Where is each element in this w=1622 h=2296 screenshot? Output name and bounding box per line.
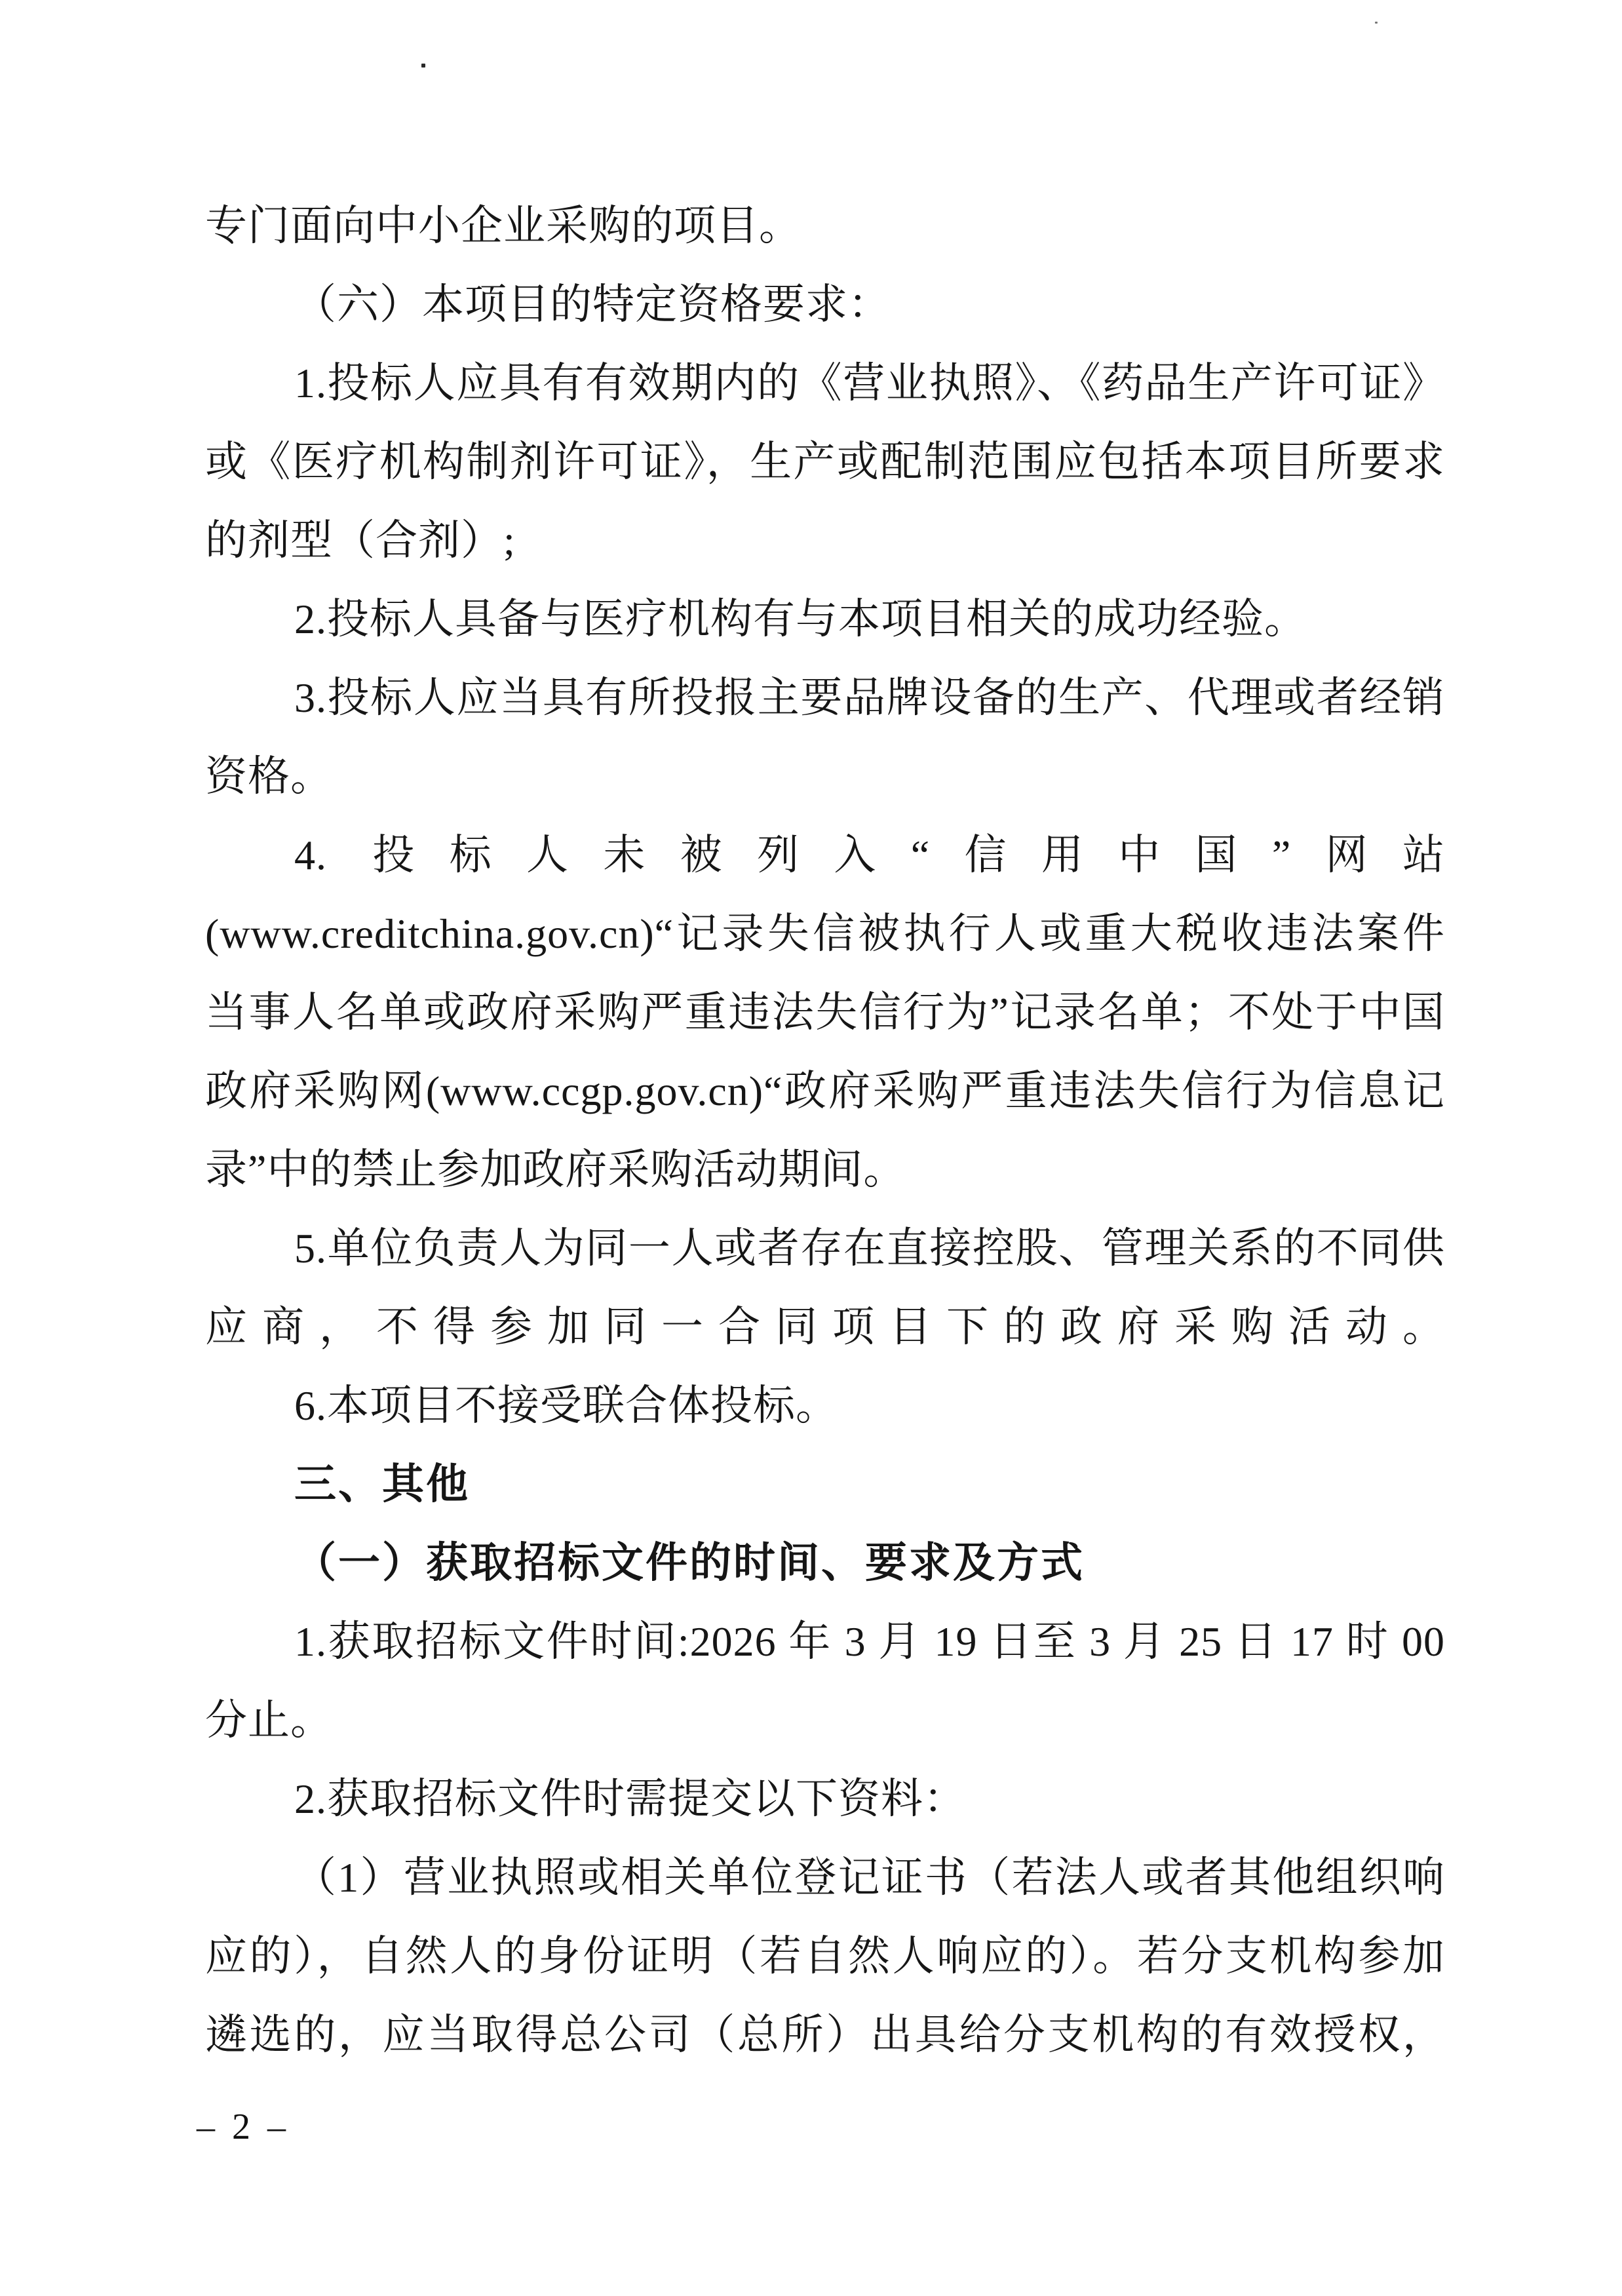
scan-speck (421, 64, 425, 68)
text-line-date: 1.获取招标文件时间:2026 年 3 月 19 日至 3 月 25 日 17 … (205, 1603, 1445, 1681)
text-line: 录”中的禁止参加政府采购活动期间。 (205, 1131, 1445, 1209)
text-line: 遴选的，应当取得总公司（总所）出具给分支机构的有效授权， (205, 1996, 1445, 2074)
scan-speck (1375, 22, 1378, 24)
page-number: – 2 – (197, 2101, 290, 2153)
text-line: 或《医疗机构制剂许可证》，生产或配制范围应包括本项目所要求 (205, 423, 1445, 501)
text-line-url: (www.creditchina.gov.cn)“记录失信被执行人或重大税收违法… (205, 895, 1445, 973)
text-line: 4. 投标人未被列入“信用中国”网站 (205, 816, 1445, 895)
subsection-heading: （一）获取招标文件的时间、要求及方式 (205, 1524, 1445, 1603)
text-line: 分止。 (205, 1681, 1445, 1760)
text-line: 2.获取招标文件时需提交以下资料： (205, 1760, 1445, 1839)
text-line: （1）营业执照或相关单位登记证书（若法人或者其他组织响 (205, 1839, 1445, 1917)
text-line: 应商，不得参加同一合同项目下的政府采购活动。 (205, 1288, 1445, 1367)
text-line: 的剂型（合剂）; (205, 501, 1445, 580)
text-line: 5.单位负责人为同一人或者存在直接控股、管理关系的不同供 (205, 1209, 1445, 1288)
section-heading-other: 三、其他 (205, 1445, 1445, 1524)
document-body: 专门面向中小企业采购的项目。 （六）本项目的特定资格要求： 1.投标人应具有有效… (205, 187, 1445, 2074)
text-line: 专门面向中小企业采购的项目。 (205, 187, 1445, 265)
text-line: 3.投标人应当具有所投报主要品牌设备的生产、代理或者经销 (205, 659, 1445, 737)
text-line: 1.投标人应具有有效期内的《营业执照》、《药品生产许可证》 (205, 344, 1445, 423)
text-line: 6.本项目不接受联合体投标。 (205, 1367, 1445, 1445)
text-line: 资格。 (205, 737, 1445, 816)
text-line: 2.投标人具备与医疗机构有与本项目相关的成功经验。 (205, 580, 1445, 659)
subsection-heading: （六）本项目的特定资格要求： (205, 265, 1445, 344)
text-line: 当事人名单或政府采购严重违法失信行为”记录名单；不处于中国 (205, 973, 1445, 1052)
text-line: 应的），自然人的身份证明（若自然人响应的）。若分支机构参加 (205, 1917, 1445, 1996)
text-line-url: 政府采购网(www.ccgp.gov.cn)“政府采购严重违法失信行为信息记 (205, 1052, 1445, 1131)
document-page: 专门面向中小企业采购的项目。 （六）本项目的特定资格要求： 1.投标人应具有有效… (0, 0, 1622, 2296)
